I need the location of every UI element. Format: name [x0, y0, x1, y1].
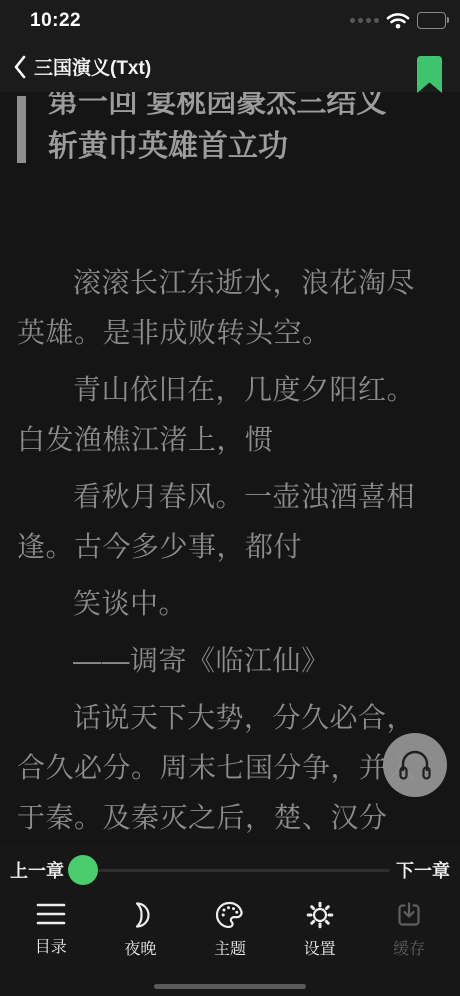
toolbar-item-night-mode[interactable]: 夜晚: [124, 895, 156, 959]
cellular-dots-icon: [350, 18, 379, 23]
gear-icon: [306, 901, 334, 929]
wifi-icon: [386, 12, 410, 29]
chapter-title-line: 斩黄巾英雄首立功: [48, 125, 443, 169]
status-icons: [350, 12, 446, 29]
menu-icon: [35, 901, 67, 927]
toolbar-item-theme[interactable]: 主题: [214, 895, 246, 959]
chapter-slider-row: 上一章 下一章: [0, 854, 460, 886]
toolbar-label: 夜晚: [124, 936, 156, 959]
next-chapter-button[interactable]: 下一章: [396, 857, 450, 883]
download-icon: [395, 901, 423, 929]
toolbar-item-cache[interactable]: 缓存: [393, 895, 425, 959]
book-title: 三国演义(Txt): [34, 53, 151, 80]
palette-icon: [215, 901, 245, 929]
prev-chapter-button[interactable]: 上一章: [10, 857, 64, 883]
progress-slider[interactable]: [68, 855, 392, 885]
battery-full-icon: [417, 12, 446, 29]
body-paragraph: 笑谈中。: [17, 579, 443, 629]
listen-button[interactable]: [383, 733, 447, 797]
reader-screen: 10:22: [0, 0, 460, 996]
slider-track[interactable]: [68, 869, 390, 872]
toolbar-item-settings[interactable]: 设置: [304, 895, 336, 959]
toolbar-label: 主题: [214, 936, 246, 959]
reader-toolbar: 目录 夜晚: [0, 895, 460, 965]
nav-bar: 三国演义(Txt): [0, 44, 460, 92]
body-paragraph: ——调寄《临江仙》: [17, 636, 443, 686]
bottom-bar: 上一章 下一章 目录: [0, 845, 460, 996]
chapter-title: 第一回 宴桃园豪杰三结义 斩黄巾英雄首立功: [17, 81, 443, 169]
bookmark-button[interactable]: [417, 56, 442, 93]
body-paragraph: 青山依旧在，几度夕阳红。白发渔樵江渚上，惯: [17, 365, 443, 465]
toolbar-label: 缓存: [393, 936, 425, 959]
toolbar-label: 设置: [304, 936, 336, 959]
chapter-body: 滚滚长江东逝水，浪花淘尽英雄。是非成败转头空。 青山依旧在，几度夕阳红。白发渔樵…: [17, 258, 443, 893]
headphones-icon: [396, 747, 434, 783]
status-time: 10:22: [30, 10, 81, 32]
chevron-left-icon: [12, 54, 28, 80]
chapter-title-accent-bar: [17, 96, 26, 163]
status-bar: 10:22: [0, 0, 460, 44]
top-bar: 10:22: [0, 0, 460, 92]
toolbar-item-catalog[interactable]: 目录: [35, 895, 67, 957]
moon-icon: [126, 901, 154, 929]
back-button[interactable]: 三国演义(Txt): [12, 53, 151, 80]
slider-thumb[interactable]: [68, 855, 98, 885]
body-paragraph: 看秋月春风。一壶浊酒喜相逢。古今多少事，都付: [17, 472, 443, 572]
bookmark-icon: [417, 56, 442, 93]
toolbar-label: 目录: [35, 934, 67, 957]
home-indicator[interactable]: [154, 984, 306, 989]
body-paragraph: 滚滚长江东逝水，浪花淘尽英雄。是非成败转头空。: [17, 258, 443, 358]
